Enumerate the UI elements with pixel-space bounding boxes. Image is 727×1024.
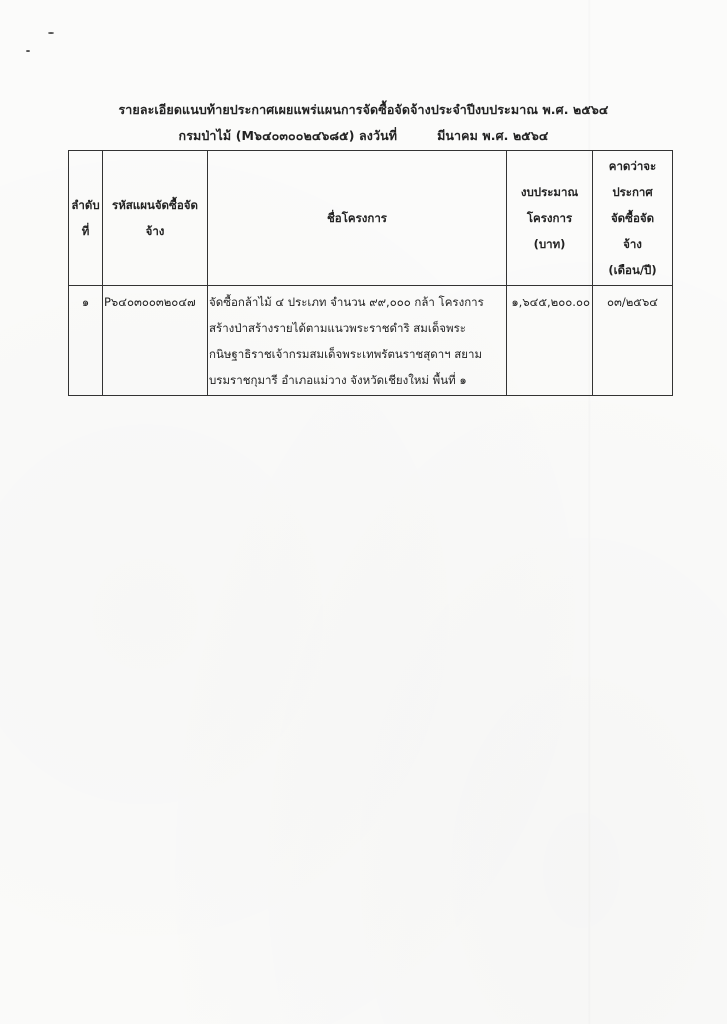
header-expected-announcement: คาดว่าจะ ประกาศ จัดซื้อจัด จ้าง (เดือน/ป… bbox=[593, 151, 673, 286]
cell-expected-month-year: ๐๓/๒๕๖๔ bbox=[593, 286, 673, 396]
table-row: ๑ P๖๔๐๓๐๐๓๒๐๔๗ จัดซื้อกล้าไม้ ๔ ประเภท จ… bbox=[69, 286, 673, 396]
scan-speck bbox=[48, 32, 54, 34]
table-header-row: ลำดับ ที่ รหัสแผนจัดซื้อจัด จ้าง ชื่อโคร… bbox=[69, 151, 673, 286]
cell-sequence: ๑ bbox=[69, 286, 103, 396]
header-plan-code: รหัสแผนจัดซื้อจัด จ้าง bbox=[103, 151, 208, 286]
cell-plan-code: P๖๔๐๓๐๐๓๒๐๔๗ bbox=[103, 286, 208, 396]
scan-speck bbox=[26, 50, 30, 52]
announcement-month-year: มีนาคม พ.ศ. ๒๕๖๔ bbox=[437, 128, 548, 143]
cell-budget: ๑,๖๔๕,๒๐๐.๐๐ bbox=[507, 286, 593, 396]
procurement-plan-table: ลำดับ ที่ รหัสแผนจัดซื้อจัด จ้าง ชื่อโคร… bbox=[68, 150, 673, 396]
document-subtitle: กรมป่าไม้ (M๖๔๐๓๐๐๒๔๖๘๕) ลงวันที่มีนาคม … bbox=[0, 126, 727, 146]
cell-project-name: จัดซื้อกล้าไม้ ๔ ประเภท จำนวน ๙๙,๐๐๐ กล้… bbox=[208, 286, 507, 396]
document-title: รายละเอียดแนบท้ายประกาศเผยแพร่แผนการจัดซ… bbox=[0, 100, 727, 120]
department-and-date-label: กรมป่าไม้ (M๖๔๐๓๐๐๒๔๖๘๕) ลงวันที่ bbox=[179, 128, 398, 143]
header-budget: งบประมาณ โครงการ (บาท) bbox=[507, 151, 593, 286]
header-sequence: ลำดับ ที่ bbox=[69, 151, 103, 286]
header-project-name: ชื่อโครงการ bbox=[208, 151, 507, 286]
